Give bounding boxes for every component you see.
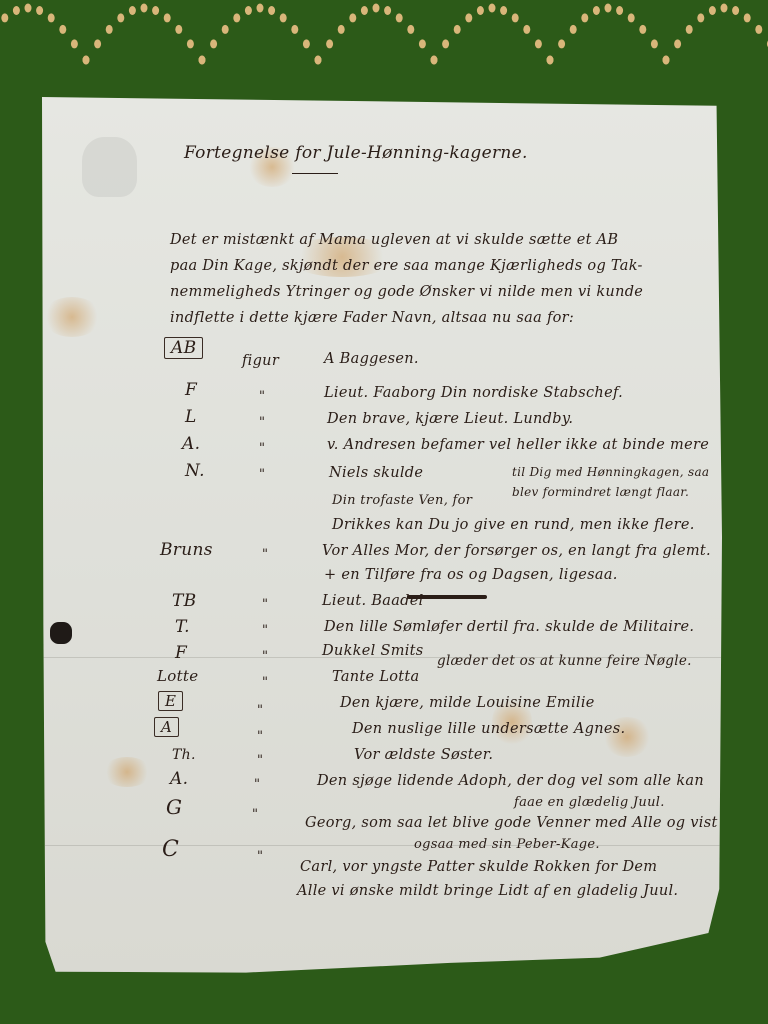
entry-aside: til Dig med Hønningkagen, saa bbox=[512, 465, 709, 479]
entry-mark: G bbox=[166, 795, 182, 819]
entry-marker: " bbox=[257, 703, 263, 718]
entry-marker: " bbox=[259, 415, 265, 430]
entry-aside: blev formindret længt flaar. bbox=[512, 485, 689, 499]
entry-text: Dukkel Smits bbox=[322, 643, 424, 659]
entry-text: Lieut. Faaborg Din nordiske Stabschef. bbox=[324, 385, 623, 401]
entry-text: Den nuslige lille undersætte Agnes. bbox=[352, 721, 625, 737]
entry-text: Drikkes kan Du jo give en rund, men ikke… bbox=[332, 517, 695, 533]
entry-text: + en Tilføre fra os og Dagsen, ligesaa. bbox=[324, 567, 618, 583]
entry-marker: " bbox=[257, 729, 263, 744]
entry-text: A Baggesen. bbox=[324, 351, 419, 367]
entry-text: Den sjøge lidende Adoph, der dog vel som… bbox=[317, 773, 704, 789]
crown-watermark bbox=[82, 137, 137, 197]
entry-mark: TB bbox=[172, 591, 196, 611]
fold-line bbox=[42, 845, 722, 846]
entry-marker: " bbox=[259, 467, 265, 482]
entry-mark: Th. bbox=[172, 747, 196, 763]
entry-marker: " bbox=[259, 389, 265, 404]
entry-mark: L bbox=[185, 407, 197, 427]
entry-text: v. Andresen befamer vel heller ikke at b… bbox=[327, 437, 709, 453]
entry-mark: F bbox=[175, 643, 187, 663]
entry-text: Niels skulde bbox=[329, 465, 423, 481]
stain bbox=[42, 297, 102, 337]
entry-text: Carl, vor yngste Patter skulde Rokken fo… bbox=[300, 859, 657, 875]
entry-mark: A bbox=[154, 717, 179, 737]
garland-decoration bbox=[0, 0, 768, 70]
entry-mark: T. bbox=[175, 617, 190, 637]
entry-continuation: faae en glædelig Juul. bbox=[514, 795, 665, 810]
entry-continuation: ogsaa med sin Peber-Kage. bbox=[414, 837, 600, 852]
entry-mark: F bbox=[185, 380, 197, 400]
entry-text: Den kjære, milde Louisine Emilie bbox=[340, 695, 595, 711]
intro-line: paa Din Kage, skjøndt der ere saa mange … bbox=[170, 253, 643, 279]
entry-text: Vor ældste Søster. bbox=[354, 747, 493, 763]
entry-marker: " bbox=[257, 753, 263, 768]
entry-marker: " bbox=[262, 649, 268, 664]
intro-line: Det er mistænkt af Mama ugleven at vi sk… bbox=[170, 227, 618, 253]
entry-text: Din trofaste Ven, for bbox=[332, 493, 472, 508]
entry-text: Lieut. Baadel bbox=[322, 593, 424, 609]
entry-marker: " bbox=[262, 547, 268, 562]
handwritten-document: Fortegnelse for Jule-Hønning-kagerne. De… bbox=[42, 97, 722, 977]
document-title: Fortegnelse for Jule-Hønning-kagerne. bbox=[184, 143, 528, 163]
entry-mark: AB bbox=[164, 337, 203, 359]
entry-marker: " bbox=[262, 623, 268, 638]
entry-mark: A. bbox=[170, 769, 188, 789]
entry-marker: figur bbox=[242, 353, 279, 369]
title-underline bbox=[292, 173, 338, 174]
entry-mark: Lotte bbox=[157, 667, 198, 685]
entry-text: Den brave, kjære Lieut. Lundby. bbox=[327, 411, 573, 427]
intro-line: indflette i dette kjære Fader Navn, alts… bbox=[170, 305, 574, 331]
entry-mark: C bbox=[162, 837, 179, 862]
stain bbox=[102, 757, 152, 787]
entry-aside: glæder det os at kunne feire Nøgle. bbox=[437, 653, 692, 669]
entry-mark: A. bbox=[182, 434, 200, 454]
intro-line: nemmeligheds Ytringer og gode Ønsker vi … bbox=[170, 279, 643, 305]
entry-marker: " bbox=[262, 675, 268, 690]
entry-text: Tante Lotta bbox=[332, 669, 420, 685]
entry-text: Vor Alles Mor, der forsørger os, en lang… bbox=[322, 543, 711, 559]
entry-text: Alle vi ønske mildt bringe Lidt af en gl… bbox=[297, 883, 678, 899]
entry-mark: Bruns bbox=[160, 540, 213, 560]
entry-marker: " bbox=[254, 777, 260, 792]
entry-marker: " bbox=[252, 807, 258, 822]
entry-text: Georg, som saa let blive gode Venner med… bbox=[305, 815, 718, 831]
entry-mark: E bbox=[158, 691, 183, 711]
entry-text: Den lille Sømløfer dertil fra. skulde de… bbox=[324, 619, 694, 635]
ink-blot bbox=[50, 622, 72, 644]
entry-marker: " bbox=[262, 597, 268, 612]
entry-marker: " bbox=[257, 849, 263, 864]
entry-mark: N. bbox=[185, 461, 205, 481]
entry-marker: " bbox=[259, 441, 265, 456]
